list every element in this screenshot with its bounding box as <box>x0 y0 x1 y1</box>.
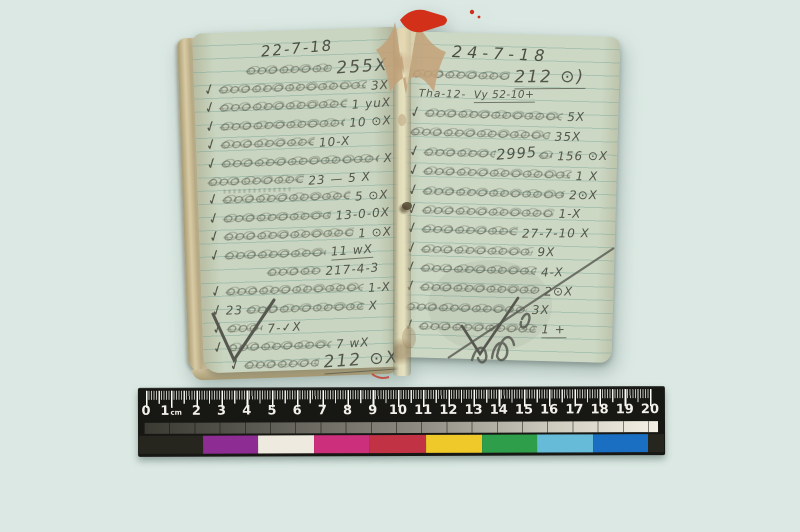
color-patch <box>593 434 648 452</box>
ruler-number: 2 <box>192 404 201 419</box>
ruler-number: 18 <box>590 402 608 417</box>
ruler-number: 8 <box>343 403 352 418</box>
ruler: 01cm234567891011121314151617181920 <box>138 386 665 457</box>
ruler-number: 0 <box>141 404 150 419</box>
ruler-number: 15 <box>515 403 533 418</box>
color-patch <box>426 435 482 453</box>
color-patch <box>482 435 537 453</box>
ruler-number: 10 <box>389 403 407 418</box>
ruler-number: 20 <box>641 402 659 417</box>
color-patch <box>537 434 593 452</box>
color-patch <box>139 436 203 454</box>
stain <box>398 114 406 126</box>
ruler-number: 7 <box>318 403 327 418</box>
ruler-number: 12 <box>439 403 457 418</box>
ink-stain <box>402 202 412 210</box>
ruler-number: 3 <box>217 404 226 419</box>
red-pencil-mark <box>372 374 389 378</box>
pencil-marks-overlay <box>150 8 620 386</box>
ruler-number: 17 <box>565 402 583 417</box>
color-patch <box>203 436 258 454</box>
red-speck <box>470 10 474 14</box>
color-patch <box>369 435 426 453</box>
ruler-number: 1cm <box>160 404 182 419</box>
color-patch <box>648 434 664 452</box>
photo-stage: 22-7-18 255X✓3X✓1 yuX✓10 ⊙X✓10-X✓X23 — 5… <box>0 0 800 532</box>
ruler-number: 11 <box>414 403 432 418</box>
ruler-number: 19 <box>616 402 634 417</box>
color-patch <box>314 435 369 453</box>
ruler-number: 6 <box>293 403 302 418</box>
color-patch <box>258 435 314 453</box>
stain <box>402 327 416 349</box>
ruler-number: 4 <box>242 404 251 419</box>
pencil-check-left <box>213 300 274 360</box>
ruler-gray-scale-bar <box>144 421 658 434</box>
notebook: 22-7-18 255X✓3X✓1 yuX✓10 ⊙X✓10-X✓X23 — 5… <box>150 8 620 386</box>
ruler-color-patches <box>139 434 664 454</box>
red-speck <box>478 16 481 19</box>
ruler-number: 9 <box>368 403 377 418</box>
ruler-number: 14 <box>490 403 508 418</box>
ruler-number: 5 <box>267 403 276 418</box>
ruler-number: 13 <box>464 403 482 418</box>
ruler-unit-label: cm <box>170 409 181 417</box>
ruler-number: 16 <box>540 402 558 417</box>
